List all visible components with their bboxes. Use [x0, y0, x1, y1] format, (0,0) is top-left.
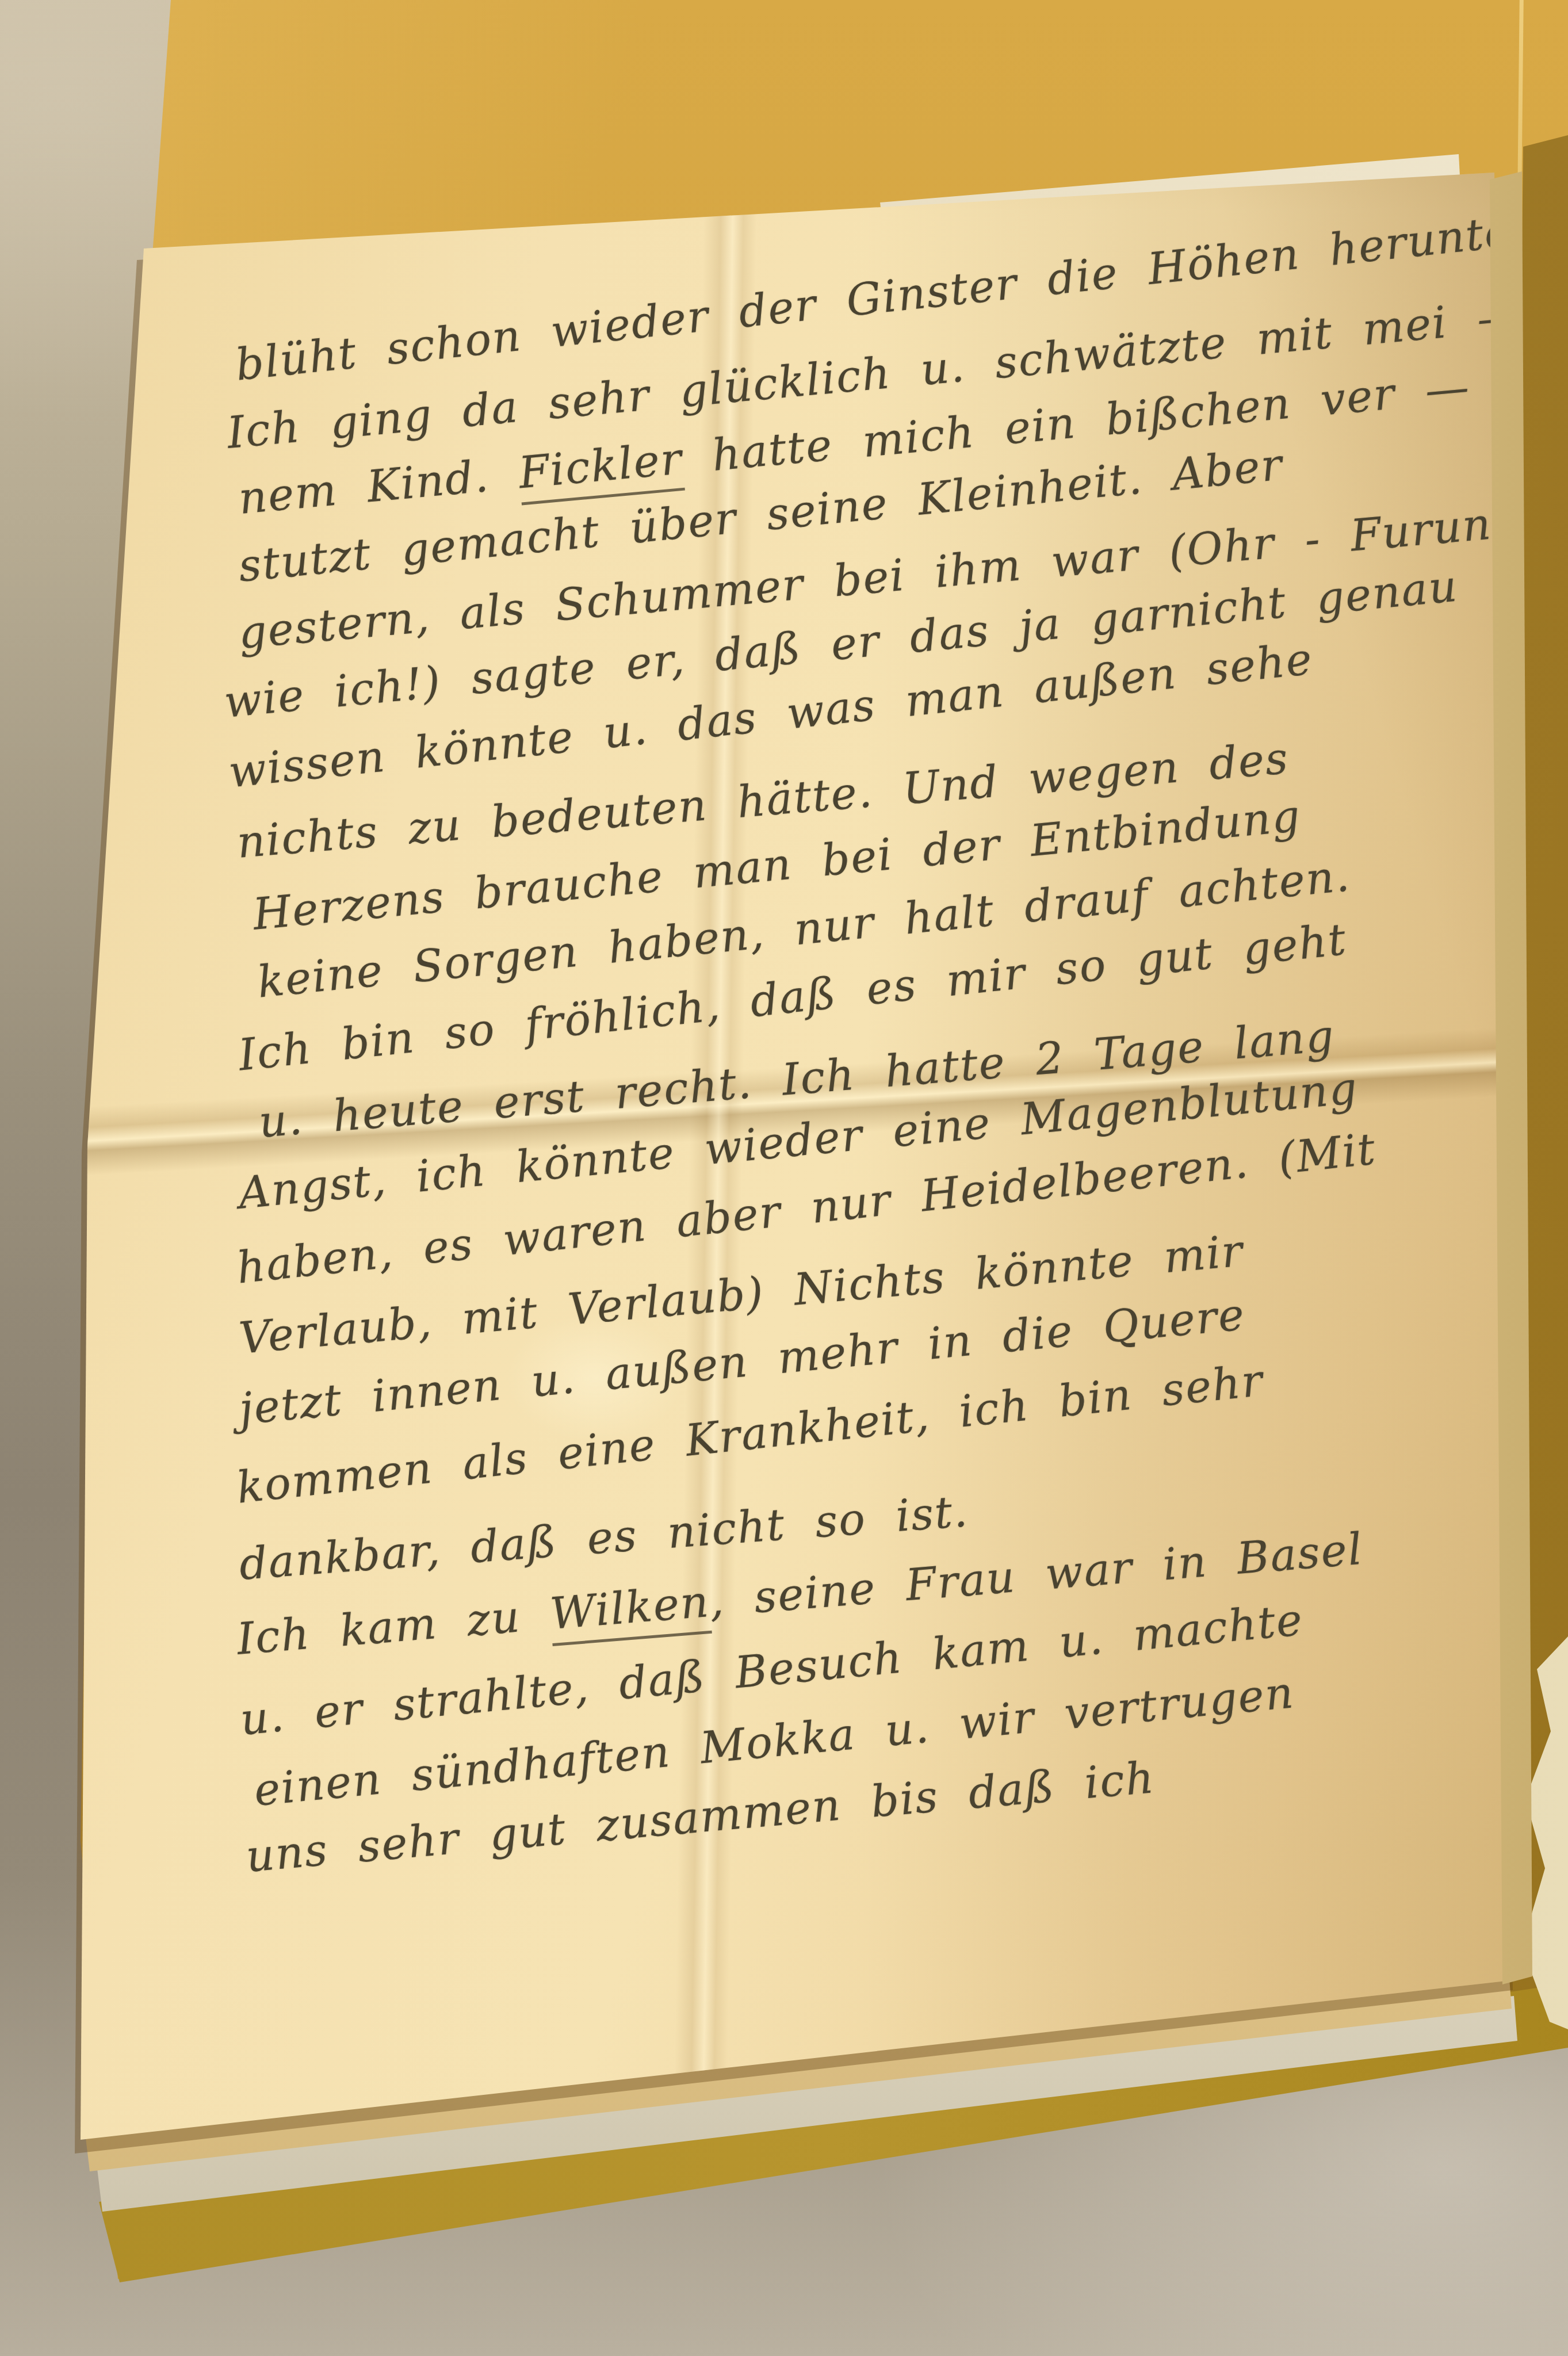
- line-text: nem Kind.: [236, 448, 521, 524]
- underlined-word: Fickler: [517, 433, 685, 505]
- line-text: Ich kam zu: [235, 1588, 552, 1665]
- photo-handwritten-letter: blüht schon wieder der Ginster die Höhen…: [0, 0, 1568, 2356]
